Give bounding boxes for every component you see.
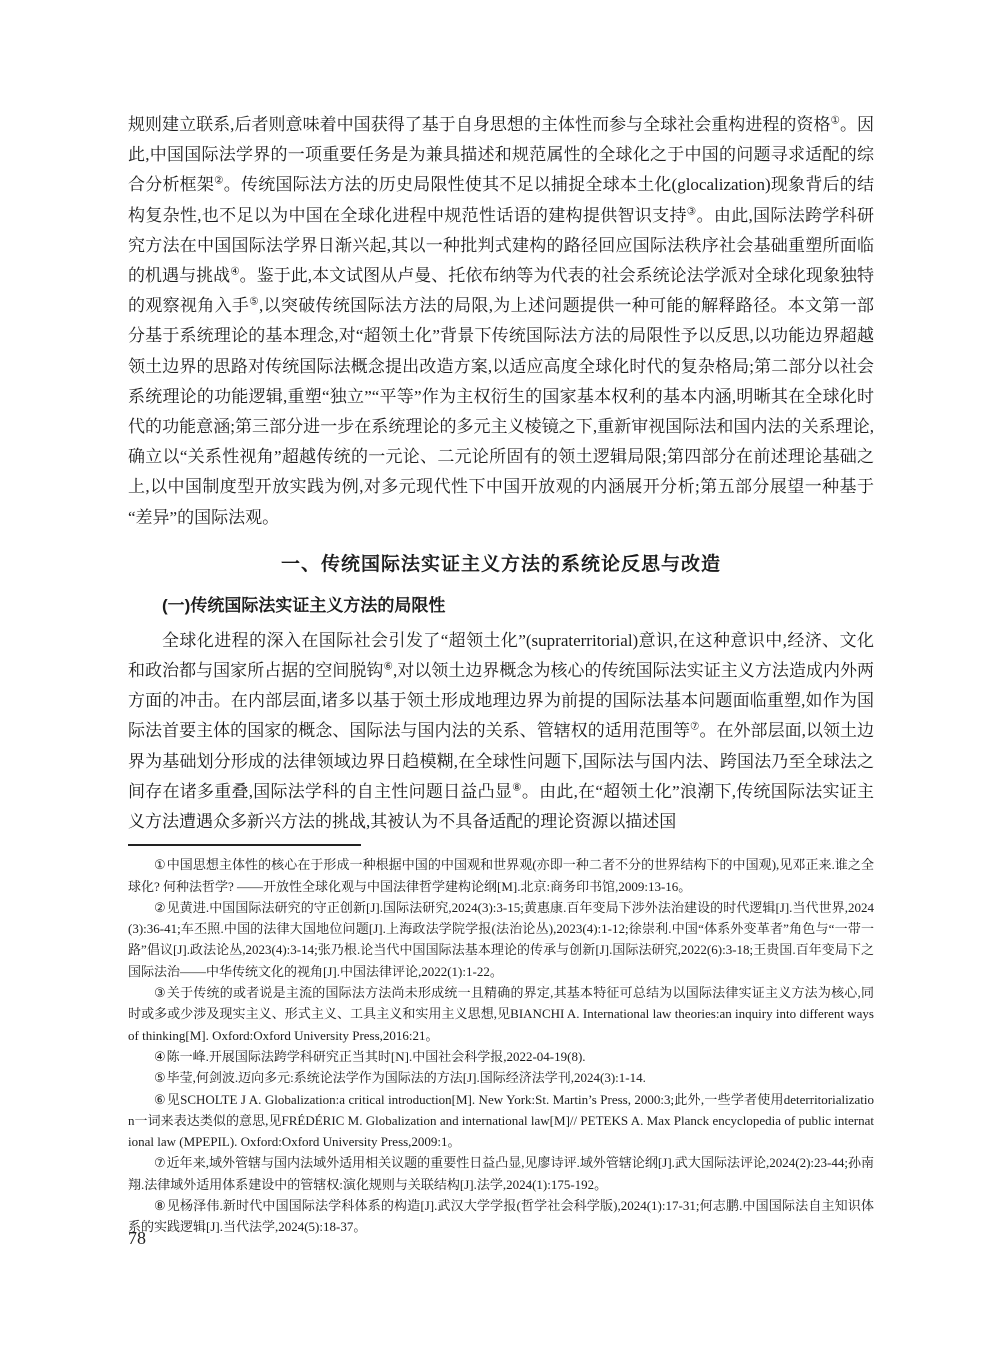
footnote-text: 中国思想主体性的核心在于形成一种根据中国的中国观和世界观(亦即一种二者不分的世界… (128, 857, 874, 893)
footnote-text: 见杨泽伟.新时代中国国际法学科体系的构造[J].武汉大学学报(哲学社会科学版),… (128, 1198, 874, 1234)
footnote-item-5: ⑤毕莹,何剑波.迈向多元:系统论法学作为国际法的方法[J].国际经济法学刊,20… (128, 1067, 874, 1088)
footnote-item-7: ⑦近年来,域外管辖与国内法域外适用相关议题的重要性日益凸显,见廖诗评.域外管辖论… (128, 1152, 874, 1195)
page-content: 规则建立联系,后者则意味着中国获得了基于自身思想的主体性而参与全球社会重构进程的… (128, 110, 874, 1238)
footnote-text: 近年来,域外管辖与国内法域外适用相关议题的重要性日益凸显,见廖诗评.域外管辖论纲… (128, 1155, 874, 1191)
footnote-text: 见黄进.中国国际法研究的守正创新[J].国际法研究,2024(3):3-15;黄… (128, 900, 874, 979)
footnote-marker: ① (154, 857, 166, 872)
footnote-text: 陈一峰.开展国际法跨学科研究正当其时[N].中国社会科学报,2022-04-19… (167, 1049, 586, 1064)
footnote-item-3: ③关于传统的或者说是主流的国际法方法尚未形成统一且精确的界定,其基本特征可总结为… (128, 982, 874, 1046)
footnote-marker: ⑤ (154, 1070, 166, 1085)
subsection-heading: (一)传统国际法实证主义方法的局限性 (128, 594, 874, 618)
body-paragraph: 全球化进程的深入在国际社会引发了“超领土化”(supraterritorial)… (128, 626, 874, 837)
footnote-marker: ② (154, 900, 166, 915)
page-number: 78 (128, 1228, 146, 1249)
footnote-item-2: ②见黄进.中国国际法研究的守正创新[J].国际法研究,2024(3):3-15;… (128, 897, 874, 982)
footnote-text: 毕莹,何剑波.迈向多元:系统论法学作为国际法的方法[J].国际经济法学刊,202… (167, 1070, 646, 1085)
footnote-text: 见SCHOLTE J A. Globalization:a critical i… (128, 1092, 874, 1150)
footnote-item-6: ⑥见SCHOLTE J A. Globalization:a critical … (128, 1089, 874, 1153)
footnote-marker: ⑦ (154, 1155, 166, 1170)
footnote-item-1: ①中国思想主体性的核心在于形成一种根据中国的中国观和世界观(亦即一种二者不分的世… (128, 854, 874, 897)
footnote-separator (128, 844, 361, 846)
footnote-marker: ④ (154, 1049, 166, 1064)
body-paragraph-continuation: 规则建立联系,后者则意味着中国获得了基于自身思想的主体性而参与全球社会重构进程的… (128, 110, 874, 533)
footnote-marker: ⑥ (154, 1092, 166, 1107)
footnote-text: 关于传统的或者说是主流的国际法方法尚未形成统一且精确的界定,其基本特征可总结为以… (128, 985, 874, 1043)
footnote-marker: ⑧ (154, 1198, 166, 1213)
footnote-item-4: ④陈一峰.开展国际法跨学科研究正当其时[N].中国社会科学报,2022-04-1… (128, 1046, 874, 1067)
footnotes-section: ①中国思想主体性的核心在于形成一种根据中国的中国观和世界观(亦即一种二者不分的世… (128, 854, 874, 1237)
document-page: 规则建立联系,后者则意味着中国获得了基于自身思想的主体性而参与全球社会重构进程的… (0, 0, 1000, 1347)
footnote-item-8: ⑧见杨泽伟.新时代中国国际法学科体系的构造[J].武汉大学学报(哲学社会科学版)… (128, 1195, 874, 1238)
section-heading: 一、传统国际法实证主义方法的系统论反思与改造 (128, 552, 874, 578)
footnote-marker: ③ (154, 985, 166, 1000)
